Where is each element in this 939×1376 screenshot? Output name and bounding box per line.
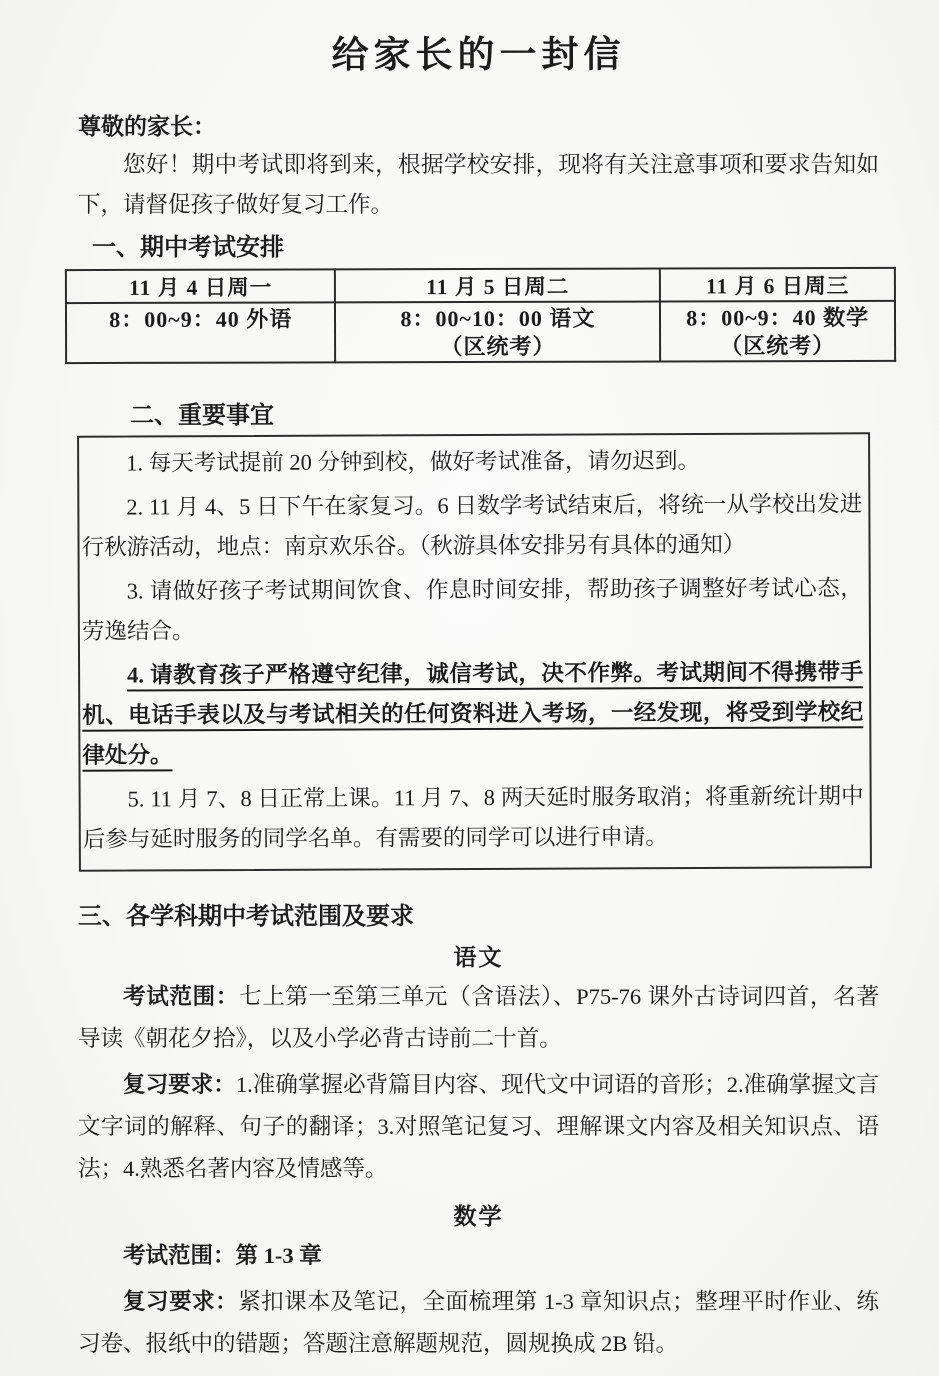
subject-math-title: 数学 [78, 1198, 879, 1231]
chinese-review-requirements: 复习要求：1.准确掌握必背篇目内容、现代文中词语的音形；2.准确掌握文言文字词的… [78, 1064, 879, 1190]
scope-label: 考试范围： [123, 1243, 236, 1268]
page-title: 给家长的一封信 [78, 23, 879, 79]
exam-schedule-body: 8：00~9：40 外语 8：00~10：00 语文 （区统考） 8：00~9：… [66, 301, 895, 363]
chinese-exam-scope: 考试范围：七上第一至第三单元（含语法）、P75-76 课外古诗词四首，名著导读《… [78, 976, 879, 1060]
exam-note: （区统考） [336, 333, 659, 362]
notice-item-2: 2. 11 月 4、5 日下午在家复习。6 日数学考试结束后，将统一从学校出发进… [81, 484, 862, 567]
scope-text: 第 1-3 章 [236, 1243, 322, 1268]
schedule-cell-wednesday: 8：00~9：40 数学 （区统考） [660, 301, 895, 362]
exam-time-subject: 8：00~10：00 语文 [336, 305, 659, 334]
exam-schedule-table: 11 月 4 日周一 11 月 5 日周二 11 月 6 日周三 8：00~9：… [65, 267, 896, 364]
section2-heading: 二、重要事宜 [130, 395, 879, 430]
salutation: 尊敬的家长： [78, 108, 879, 141]
math-exam-scope: 考试范围：第 1-3 章 [78, 1235, 879, 1277]
header-cell-wednesday: 11 月 6 日周三 [660, 268, 895, 302]
scanned-letter-page: 给家长的一封信 尊敬的家长： 您好！期中考试即将到来，根据学校安排，现将有关注意… [0, 0, 939, 1376]
intro-paragraph: 您好！期中考试即将到来，根据学校安排，现将有关注意事项和要求告知如下，请督促孩子… [78, 145, 879, 225]
section1-heading: 一、期中考试安排 [92, 227, 879, 262]
header-cell-monday: 11 月 4 日周一 [66, 269, 336, 303]
math-review-requirements: 复习要求：紧扣课本及笔记，全面梳理第 1-3 章知识点；整理平时作业、练习卷、报… [78, 1281, 879, 1365]
exam-time-subject: 8：00~9：40 外语 [67, 305, 334, 334]
header-cell-tuesday: 11 月 5 日周二 [335, 269, 660, 303]
schedule-cell-monday: 8：00~9：40 外语 [66, 302, 336, 363]
exam-note: （区统考） [661, 332, 894, 361]
table-header-row: 11 月 4 日周一 11 月 5 日周二 11 月 6 日周三 [66, 268, 895, 303]
section3-heading: 三、各学科期中考试范围及要求 [78, 896, 879, 931]
review-label: 复习要求： [123, 1072, 236, 1097]
scope-label: 考试范围： [123, 984, 239, 1009]
review-label: 复习要求： [123, 1289, 238, 1314]
letter-content: 给家长的一封信 尊敬的家长： 您好！期中考试即将到来，根据学校安排，现将有关注意… [0, 0, 939, 1365]
notice-item-5: 5. 11 月 7、8 日正常上课。11 月 7、8 两天延时服务取消；将重新统… [83, 776, 864, 859]
exam-schedule-header: 11 月 4 日周一 11 月 5 日周二 11 月 6 日周三 [66, 268, 895, 303]
schedule-cell-tuesday: 8：00~10：00 语文 （区统考） [335, 302, 660, 363]
notice-item-3: 3. 请做好孩子考试期间饮食、作息时间安排，帮助孩子调整好考试心态，劳逸结合。 [82, 568, 863, 651]
subject-chinese-title: 语文 [78, 939, 879, 972]
notice-item-4-discipline-warning: 4. 请教育孩子严格遵守纪律，诚信考试，决不作弊。考试期间不得携带手机、电话手表… [82, 652, 864, 775]
table-row: 8：00~9：40 外语 8：00~10：00 语文 （区统考） 8：00~9：… [66, 301, 895, 363]
exam-time-subject: 8：00~9：40 数学 [661, 304, 894, 333]
notice-item-1: 1. 每天考试提前 20 分钟到校，做好考试准备，请勿迟到。 [81, 440, 862, 483]
important-items-box: 1. 每天考试提前 20 分钟到校，做好考试准备，请勿迟到。 2. 11 月 4… [77, 432, 872, 871]
